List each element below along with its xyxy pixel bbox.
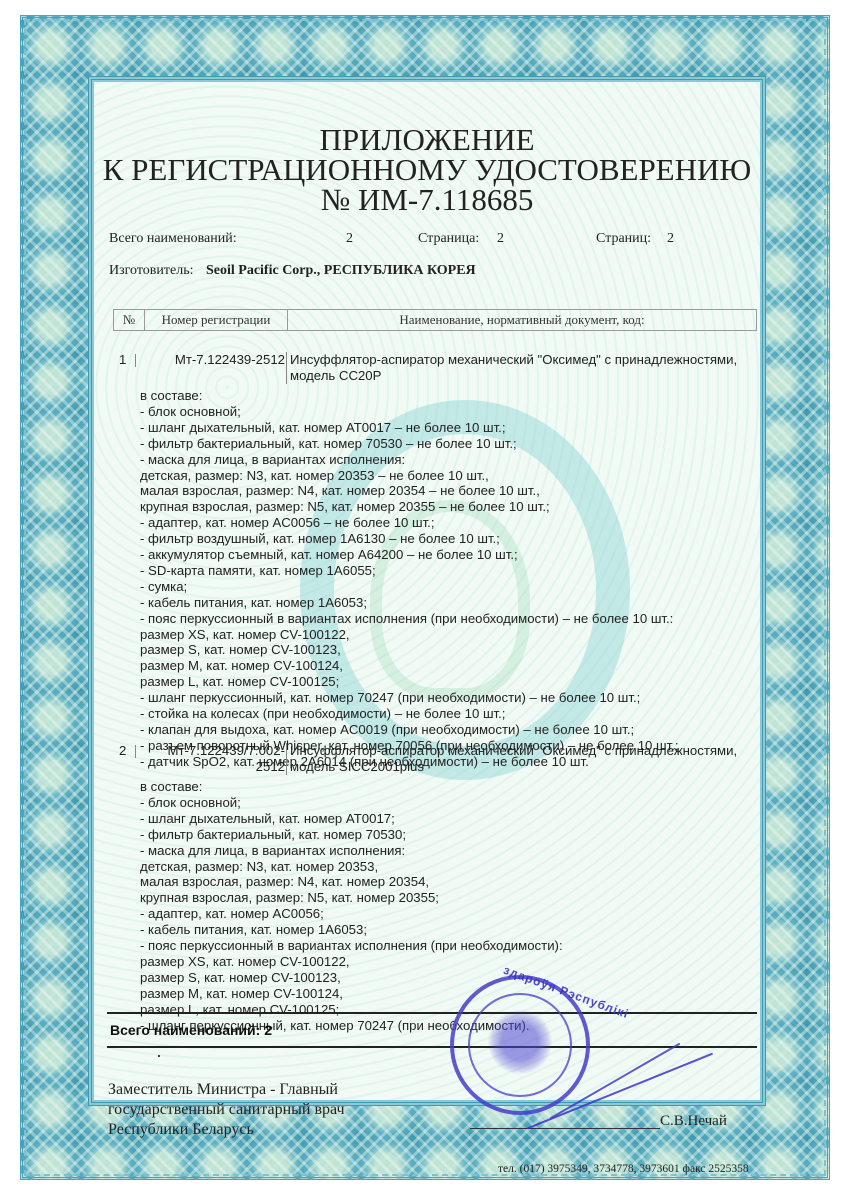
row-separator bbox=[135, 354, 136, 367]
component-line: размер XS, кат. номер CV-100122, bbox=[140, 627, 350, 643]
row-registration: Мт-7.122439/7.002- 2512 bbox=[168, 743, 285, 775]
component-line: - стойка на колесах (при необходимости) … bbox=[140, 706, 505, 722]
row-separator bbox=[135, 745, 136, 758]
divider-top bbox=[107, 1012, 757, 1014]
component-line: - сумка; bbox=[140, 579, 187, 595]
component-line: размер S, кат. номер CV-100123, bbox=[140, 642, 341, 658]
component-line: в составе: bbox=[140, 779, 202, 795]
header-registration: Номер регистрации bbox=[145, 310, 288, 330]
page-value: 2 bbox=[497, 231, 504, 247]
component-line: малая взрослая, размер: N4, кат. номер 2… bbox=[140, 874, 429, 890]
divider-bottom bbox=[107, 1046, 757, 1048]
component-line: - клапан для выдоха, кат. номер AC0019 (… bbox=[140, 722, 634, 738]
component-line: размер M, кат. номер CV-100124, bbox=[140, 986, 343, 1002]
title-line-1: ПРИЛОЖЕНИЕ bbox=[94, 125, 760, 155]
header-name: Наименование, нормативный документ, код: bbox=[288, 310, 756, 330]
component-line: - фильтр бактериальный, кат. номер 70530… bbox=[140, 436, 517, 452]
component-line: - адаптер, кат. номер AC0056; bbox=[140, 906, 324, 922]
row-number: 1 bbox=[119, 352, 126, 368]
component-line: в составе: bbox=[140, 388, 202, 404]
component-line: детская, размер: N3, кат. номер 20353 – … bbox=[140, 468, 489, 484]
manufacturer-label: Изготовитель: bbox=[109, 263, 193, 279]
position-line-2: государственный санитарный врач bbox=[108, 1100, 345, 1120]
component-line: - маска для лица, в вариантах исполнения… bbox=[140, 452, 405, 468]
table-header: № Номер регистрации Наименование, нормат… bbox=[113, 309, 757, 331]
component-line: - кабель питания, кат. номер 1A6053; bbox=[140, 595, 367, 611]
component-line: - блок основной; bbox=[140, 404, 241, 420]
table-row: 1 Мт-7.122439-2512 Инсуффлятор-аспиратор… bbox=[113, 352, 763, 386]
total-items-value: 2 bbox=[346, 231, 353, 247]
component-line: - адаптер, кат. номер AC0056 – не более … bbox=[140, 515, 435, 531]
page-label: Страница: bbox=[418, 231, 479, 247]
row-number: 2 bbox=[119, 743, 126, 759]
row-name: Инсуффлятор-аспиратор механический "Окси… bbox=[286, 352, 770, 384]
table-row: 2 Мт-7.122439/7.002- 2512 Инсуффлятор-ас… bbox=[113, 743, 763, 777]
component-line: - кабель питания, кат. номер 1A6053; bbox=[140, 922, 367, 938]
total-items-footer: Всего наименований: 2 bbox=[110, 1022, 272, 1038]
component-line: крупная взрослая, размер: N5, кат. номер… bbox=[140, 890, 439, 906]
component-line: малая взрослая, размер: N4, кат. номер 2… bbox=[140, 483, 540, 499]
manufacturer-name: Seoil Pacific Corp., РЕСПУБЛИКА КОРЕЯ bbox=[206, 263, 476, 278]
component-line: детская, размер: N3, кат. номер 20353, bbox=[140, 859, 378, 875]
component-line: - шланг перкуссионный, кат. номер 70247 … bbox=[140, 690, 640, 706]
component-line: - пояс перкуссионный в вариантах исполне… bbox=[140, 938, 563, 954]
component-line: - фильтр бактериальный, кат. номер 70530… bbox=[140, 827, 406, 843]
title-line-2: К РЕГИСТРАЦИОННОМУ УДОСТОВЕРЕНИЮ bbox=[94, 155, 760, 185]
row-registration: Мт-7.122439-2512 bbox=[175, 352, 285, 368]
component-line: - маска для лица, в вариантах исполнения… bbox=[140, 843, 405, 859]
row-name: Инсуффлятор-аспиратор механический "Окси… bbox=[286, 743, 770, 775]
total-items-label: Всего наименований: bbox=[109, 231, 237, 247]
component-line: - пояс перкуссионный в вариантах исполне… bbox=[140, 611, 673, 627]
component-line: - фильтр воздушный, кат. номер 1A6130 – … bbox=[140, 531, 500, 547]
component-line: размер M, кат. номер CV-100124, bbox=[140, 658, 343, 674]
component-line: размер S, кат. номер CV-100123, bbox=[140, 970, 341, 986]
component-line: - аккумулятор съемный, кат. номер A64200… bbox=[140, 547, 518, 563]
component-line: размер L, кат. номер CV-100125; bbox=[140, 674, 339, 690]
pages-value: 2 bbox=[667, 231, 674, 247]
stamp-emblem bbox=[488, 1010, 552, 1074]
contact-phones: тел. (017) 3975349, 3734778, 3973601 фак… bbox=[498, 1163, 749, 1175]
title-line-3: № ИМ-7.118685 bbox=[94, 185, 760, 215]
component-line: - шланг дыхательный, кат. номер AT0017 –… bbox=[140, 420, 506, 436]
position-line-1: Заместитель Министра - Главный bbox=[108, 1080, 345, 1100]
dot-mark bbox=[158, 1055, 160, 1057]
component-line: размер XS, кат. номер CV-100122, bbox=[140, 954, 350, 970]
position-line-3: Республики Беларусь bbox=[108, 1120, 345, 1140]
signer-name: С.В.Нечай bbox=[660, 1113, 727, 1130]
component-line: - шланг дыхательный, кат. номер AT0017; bbox=[140, 811, 395, 827]
component-line: крупная взрослая, размер: N5, кат. номер… bbox=[140, 499, 550, 515]
manufacturer-value: Seoil Pacific Corp., РЕСПУБЛИКА КОРЕЯ bbox=[206, 263, 476, 279]
pages-label: Страниц: bbox=[596, 231, 651, 247]
component-line: размер L, кат. номер CV-100125; bbox=[140, 1002, 339, 1018]
header-number: № bbox=[114, 310, 145, 330]
component-line: - SD-карта памяти, кат. номер 1A6055; bbox=[140, 563, 376, 579]
document-title: ПРИЛОЖЕНИЕ К РЕГИСТРАЦИОННОМУ УДОСТОВЕРЕ… bbox=[94, 125, 760, 215]
signatory-position: Заместитель Министра - Главный государст… bbox=[108, 1080, 345, 1140]
signature-line bbox=[470, 1128, 660, 1129]
component-line: - блок основной; bbox=[140, 795, 241, 811]
